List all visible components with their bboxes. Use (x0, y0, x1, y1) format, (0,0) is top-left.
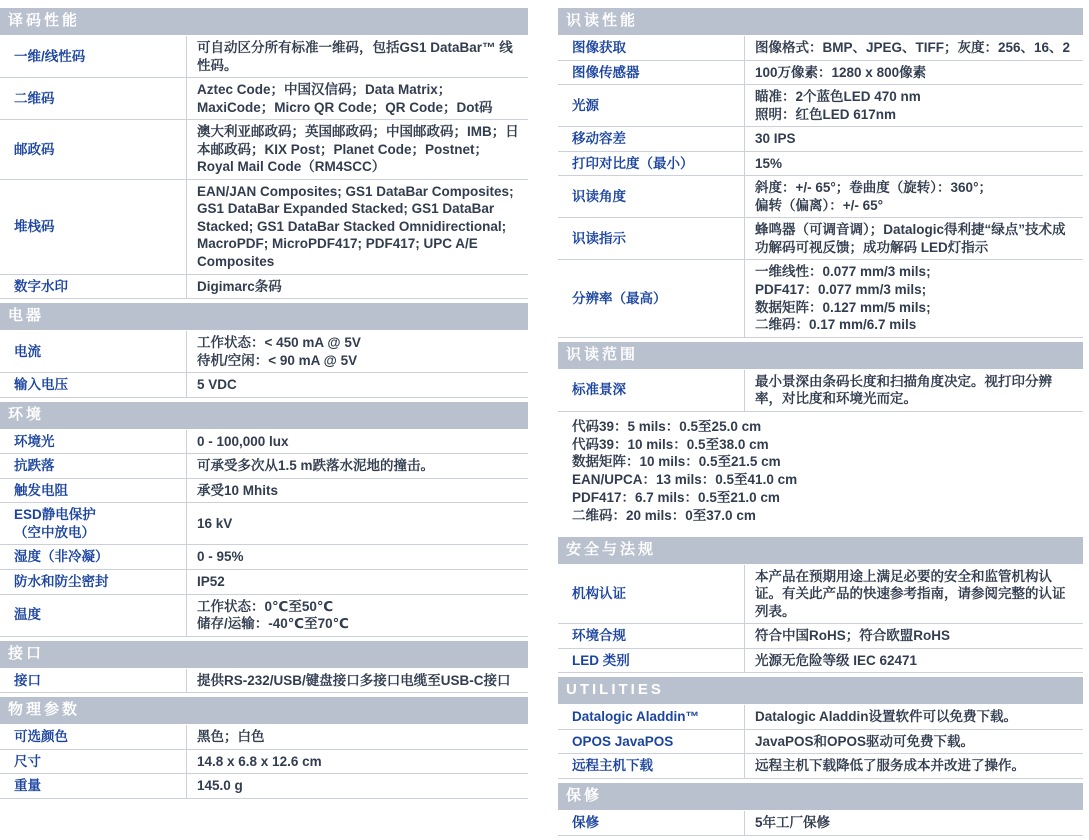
spec-value: Datalogic Aladdin设置软件可以免费下载。 (744, 705, 1083, 729)
spec-value: 承受10 Mhits (186, 479, 528, 503)
spec-value: 30 IPS (744, 127, 1083, 151)
spec-label: 尺寸 (0, 750, 186, 774)
spec-value: Aztec Code；中国汉信码；Data Matrix；MaxiCode；Mi… (186, 78, 528, 119)
section-header: 接口 (0, 641, 528, 668)
spec-label: 机构认证 (558, 565, 744, 624)
spec-value: 5 VDC (186, 373, 528, 397)
spec-label: 环境光 (0, 430, 186, 454)
spec-value: 可自动区分所有标准一维码，包括GS1 DataBar™ 线性码。 (186, 36, 528, 77)
spec-value: 工作状态：0℃至50℃ 储存/运输：-40℃至70℃ (186, 595, 528, 636)
spec-value: 0 - 95% (186, 545, 528, 569)
right-column: 识读性能图像获取图像格式：BMP、JPEG、TIFF；灰度：256、16、2图像… (558, 8, 1083, 840)
section-header: UTILITIES (558, 677, 1083, 704)
spec-value: 远程主机下载降低了服务成本并改进了操作。 (744, 754, 1083, 778)
spec-label: 标准景深 (558, 370, 744, 411)
spec-label: 环境合规 (558, 624, 744, 648)
spec-row: 堆栈码EAN/JAN Composites; GS1 DataBar Compo… (0, 180, 528, 275)
spec-row: 分辨率（最高）一维线性：0.077 mm/3 mils; PDF417：0.07… (558, 260, 1083, 337)
spec-value: 工作状态：< 450 mA @ 5V 待机/空闲：< 90 mA @ 5V (186, 331, 528, 372)
spec-label: 图像获取 (558, 36, 744, 60)
spec-row: 接口提供RS-232/USB/键盘接口多接口电缆至USB-C接口 (0, 669, 528, 694)
reading-range-list: 代码39：5 mils：0.5至25.0 cm代码39：10 mils：0.5至… (558, 412, 1083, 533)
section-header: 物理参数 (0, 697, 528, 724)
spec-row: 标准景深最小景深由条码长度和扫描角度决定。视打印分辨率，对比度和环境光而定。 (558, 370, 1083, 412)
spec-row: 湿度（非冷凝）0 - 95% (0, 545, 528, 570)
spec-value: EAN/JAN Composites; GS1 DataBar Composit… (186, 180, 528, 274)
spec-label: 防水和防尘密封 (0, 570, 186, 594)
spec-label: 邮政码 (0, 120, 186, 179)
spec-label: 重量 (0, 774, 186, 798)
spec-row: 图像获取图像格式：BMP、JPEG、TIFF；灰度：256、16、2 (558, 36, 1083, 61)
spec-row: 数字水印Digimarc条码 (0, 275, 528, 300)
spec-row: 触发电阻承受10 Mhits (0, 479, 528, 504)
spec-label: 输入电压 (0, 373, 186, 397)
spec-label: 堆栈码 (0, 180, 186, 274)
spec-value: 澳大利亚邮政码；英国邮政码；中国邮政码；IMB；日本邮政码；KIX Post；P… (186, 120, 528, 179)
spec-label: LED 类别 (558, 649, 744, 673)
spec-label: 可选颜色 (0, 725, 186, 749)
spec-label: 图像传感器 (558, 61, 744, 85)
spec-value: 100万像素：1280 x 800像素 (744, 61, 1083, 85)
spec-row: 识读指示蜂鸣器（可调音调）；Datalogic得利捷“绿点”技术成功解码可视反馈… (558, 218, 1083, 260)
spec-label: 电流 (0, 331, 186, 372)
spec-label: ESD静电保护 （空中放电） (0, 503, 186, 544)
spec-section: 保修保修5年工厂保修 (558, 783, 1083, 836)
spec-value: 瞄准：2个蓝色LED 470 nm 照明：红色LED 617nm (744, 85, 1083, 126)
spec-value: 黑色；白色 (186, 725, 528, 749)
spec-label: 湿度（非冷凝） (0, 545, 186, 569)
spec-row: 识读角度斜度：+/- 65°；卷曲度（旋转）：360°； 偏转（偏离）：+/- … (558, 176, 1083, 218)
spec-row: 环境光0 - 100,000 lux (0, 430, 528, 455)
spec-label: 光源 (558, 85, 744, 126)
spec-value: 0 - 100,000 lux (186, 430, 528, 454)
spec-label: 二维码 (0, 78, 186, 119)
spec-label: 远程主机下载 (558, 754, 744, 778)
section-header: 译码性能 (0, 8, 528, 35)
spec-value: 一维线性：0.077 mm/3 mils; PDF417：0.077 mm/3 … (744, 260, 1083, 336)
spec-label: 触发电阻 (0, 479, 186, 503)
spec-label: Datalogic Aladdin™ (558, 705, 744, 729)
spec-value: 光源无危险等级 IEC 62471 (744, 649, 1083, 673)
spec-value: Digimarc条码 (186, 275, 528, 299)
spec-row: 环境合规符合中国RoHS；符合欧盟RoHS (558, 624, 1083, 649)
section-header: 安全与法规 (558, 537, 1083, 564)
spec-label: 保修 (558, 811, 744, 835)
spec-value: IP52 (186, 570, 528, 594)
section-header: 识读性能 (558, 8, 1083, 35)
section-header: 环境 (0, 402, 528, 429)
spec-row: 尺寸14.8 x 6.8 x 12.6 cm (0, 750, 528, 775)
spec-row: 保修5年工厂保修 (558, 811, 1083, 836)
spec-row: ESD静电保护 （空中放电）16 kV (0, 503, 528, 545)
section-header: 保修 (558, 783, 1083, 810)
section-header: 识读范围 (558, 342, 1083, 369)
spec-section: 环境环境光0 - 100,000 lux抗跌落可承受多次从1.5 m跌落水泥地的… (0, 402, 528, 637)
spec-row: 邮政码澳大利亚邮政码；英国邮政码；中国邮政码；IMB；日本邮政码；KIX Pos… (0, 120, 528, 180)
spec-row: 可选颜色黑色；白色 (0, 725, 528, 750)
reading-range-item: 数据矩阵：10 mils：0.5至21.5 cm (572, 453, 1077, 471)
spec-row: 二维码Aztec Code；中国汉信码；Data Matrix；MaxiCode… (0, 78, 528, 120)
reading-range-item: 代码39：5 mils：0.5至25.0 cm (572, 418, 1077, 436)
reading-range-item: PDF417：6.7 mils：0.5至21.0 cm (572, 489, 1077, 507)
spec-section: 接口接口提供RS-232/USB/键盘接口多接口电缆至USB-C接口 (0, 641, 528, 694)
spec-row: OPOS JavaPOSJavaPOS和OPOS驱动可免费下载。 (558, 730, 1083, 755)
spec-row: 抗跌落可承受多次从1.5 m跌落水泥地的撞击。 (0, 454, 528, 479)
spec-label: 接口 (0, 669, 186, 693)
spec-section: 物理参数可选颜色黑色；白色尺寸14.8 x 6.8 x 12.6 cm重量145… (0, 697, 528, 799)
spec-label: 数字水印 (0, 275, 186, 299)
spec-value: 图像格式：BMP、JPEG、TIFF；灰度：256、16、2 (744, 36, 1083, 60)
left-column: 译码性能一维/线性码可自动区分所有标准一维码，包括GS1 DataBar™ 线性… (0, 8, 528, 840)
spec-row: 图像传感器100万像素：1280 x 800像素 (558, 61, 1083, 86)
spec-label: 识读角度 (558, 176, 744, 217)
spec-sheet: 译码性能一维/线性码可自动区分所有标准一维码，包括GS1 DataBar™ 线性… (0, 0, 1089, 840)
spec-label: 分辨率（最高） (558, 260, 744, 336)
spec-value: 提供RS-232/USB/键盘接口多接口电缆至USB-C接口 (186, 669, 528, 693)
spec-value: 斜度：+/- 65°；卷曲度（旋转）：360°； 偏转（偏离）：+/- 65° (744, 176, 1083, 217)
spec-value: 14.8 x 6.8 x 12.6 cm (186, 750, 528, 774)
spec-section: 识读性能图像获取图像格式：BMP、JPEG、TIFF；灰度：256、16、2图像… (558, 8, 1083, 338)
spec-label: 打印对比度（最小） (558, 152, 744, 176)
spec-row: 机构认证本产品在预期用途上满足必要的安全和监管机构认证。有关此产品的快速参考指南… (558, 565, 1083, 625)
spec-row: 远程主机下载远程主机下载降低了服务成本并改进了操作。 (558, 754, 1083, 779)
spec-label: OPOS JavaPOS (558, 730, 744, 754)
spec-row: 重量145.0 g (0, 774, 528, 799)
spec-label: 一维/线性码 (0, 36, 186, 77)
spec-row: 光源瞄准：2个蓝色LED 470 nm 照明：红色LED 617nm (558, 85, 1083, 127)
spec-row: 移动容差30 IPS (558, 127, 1083, 152)
spec-row: Datalogic Aladdin™Datalogic Aladdin设置软件可… (558, 705, 1083, 730)
spec-label: 温度 (0, 595, 186, 636)
spec-row: 打印对比度（最小）15% (558, 152, 1083, 177)
spec-value: 5年工厂保修 (744, 811, 1083, 835)
spec-section: 安全与法规机构认证本产品在预期用途上满足必要的安全和监管机构认证。有关此产品的快… (558, 537, 1083, 674)
spec-value: 最小景深由条码长度和扫描角度决定。视打印分辨率，对比度和环境光而定。 (744, 370, 1083, 411)
reading-range-item: 代码39：10 mils：0.5至38.0 cm (572, 436, 1077, 454)
spec-row: 一维/线性码可自动区分所有标准一维码，包括GS1 DataBar™ 线性码。 (0, 36, 528, 78)
spec-section: UTILITIESDatalogic Aladdin™Datalogic Ala… (558, 677, 1083, 779)
spec-row: LED 类别光源无危险等级 IEC 62471 (558, 649, 1083, 674)
spec-row: 输入电压5 VDC (0, 373, 528, 398)
spec-section: 电器电流工作状态：< 450 mA @ 5V 待机/空闲：< 90 mA @ 5… (0, 303, 528, 398)
spec-value: 符合中国RoHS；符合欧盟RoHS (744, 624, 1083, 648)
reading-range-item: 二维码：20 mils：0至37.0 cm (572, 507, 1077, 525)
spec-value: JavaPOS和OPOS驱动可免费下载。 (744, 730, 1083, 754)
section-header: 电器 (0, 303, 528, 330)
spec-row: 温度工作状态：0℃至50℃ 储存/运输：-40℃至70℃ (0, 595, 528, 637)
spec-section: 译码性能一维/线性码可自动区分所有标准一维码，包括GS1 DataBar™ 线性… (0, 8, 528, 299)
spec-section: 识读范围标准景深最小景深由条码长度和扫描角度决定。视打印分辨率，对比度和环境光而… (558, 342, 1083, 533)
spec-row: 防水和防尘密封IP52 (0, 570, 528, 595)
spec-value: 15% (744, 152, 1083, 176)
spec-value: 蜂鸣器（可调音调）；Datalogic得利捷“绿点”技术成功解码可视反馈；成功解… (744, 218, 1083, 259)
spec-value: 16 kV (186, 503, 528, 544)
spec-value: 145.0 g (186, 774, 528, 798)
spec-row: 电流工作状态：< 450 mA @ 5V 待机/空闲：< 90 mA @ 5V (0, 331, 528, 373)
spec-label: 识读指示 (558, 218, 744, 259)
spec-label: 抗跌落 (0, 454, 186, 478)
spec-label: 移动容差 (558, 127, 744, 151)
spec-value: 可承受多次从1.5 m跌落水泥地的撞击。 (186, 454, 528, 478)
reading-range-item: EAN/UPCA：13 mils：0.5至41.0 cm (572, 471, 1077, 489)
spec-value: 本产品在预期用途上满足必要的安全和监管机构认证。有关此产品的快速参考指南，请参阅… (744, 565, 1083, 624)
